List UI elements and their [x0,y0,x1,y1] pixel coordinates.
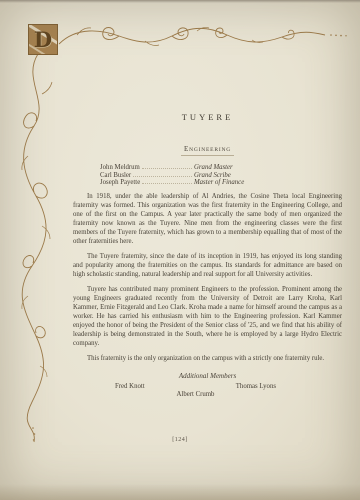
officer-name: Carl Busler [100,172,131,179]
additional-members-heading: Additional Members [73,372,342,380]
member-name: Thomas Lyons [236,383,276,390]
officer-list: John Meldrum Grand Master Carl Busler Gr… [73,163,342,186]
member-name: Fred Knott [115,383,145,390]
officer-name: Joseph Payette [100,179,140,186]
officer-title: Grand Master [194,164,314,171]
member-name: Albert Crumb [73,391,342,398]
paragraph-4: This fraternity is the only organization… [73,354,342,363]
additional-members-row: Fred Knott Thomas Lyons [73,380,342,390]
section-subtitle: Engineering [73,138,342,156]
officer-row: Carl Busler Grand Scribe [73,171,342,179]
blackletter-initial: D [29,28,57,52]
page-number: [124] [0,437,360,443]
left-scroll-flourish-icon [18,54,54,446]
paragraph-3: Tuyere has contributed many prominent En… [73,285,342,348]
page-content: TUYERE Engineering John Meldrum Grand Ma… [73,112,342,398]
subtitle-text: Engineering [181,145,234,156]
top-scroll-flourish-icon [57,22,355,56]
officer-title: Master of Finance [194,179,314,186]
paragraph-1: In 1918, under the able leadership of Al… [73,192,342,246]
dotted-leader [142,163,192,169]
dotted-leader [133,171,192,177]
paragraph-2: The Tuyere fraternity, since the date of… [73,252,342,279]
initial-ornament-box: D [28,24,58,55]
scanned-yearbook-page: { "page": { "ornament_letter": "D", "pag… [0,0,360,500]
dotted-leader [142,178,192,184]
officer-row: John Meldrum Grand Master [73,163,342,171]
page-title: TUYERE [73,112,342,122]
officer-title: Grand Scribe [194,172,314,179]
officer-row: Joseph Payette Master of Finance [73,178,342,186]
